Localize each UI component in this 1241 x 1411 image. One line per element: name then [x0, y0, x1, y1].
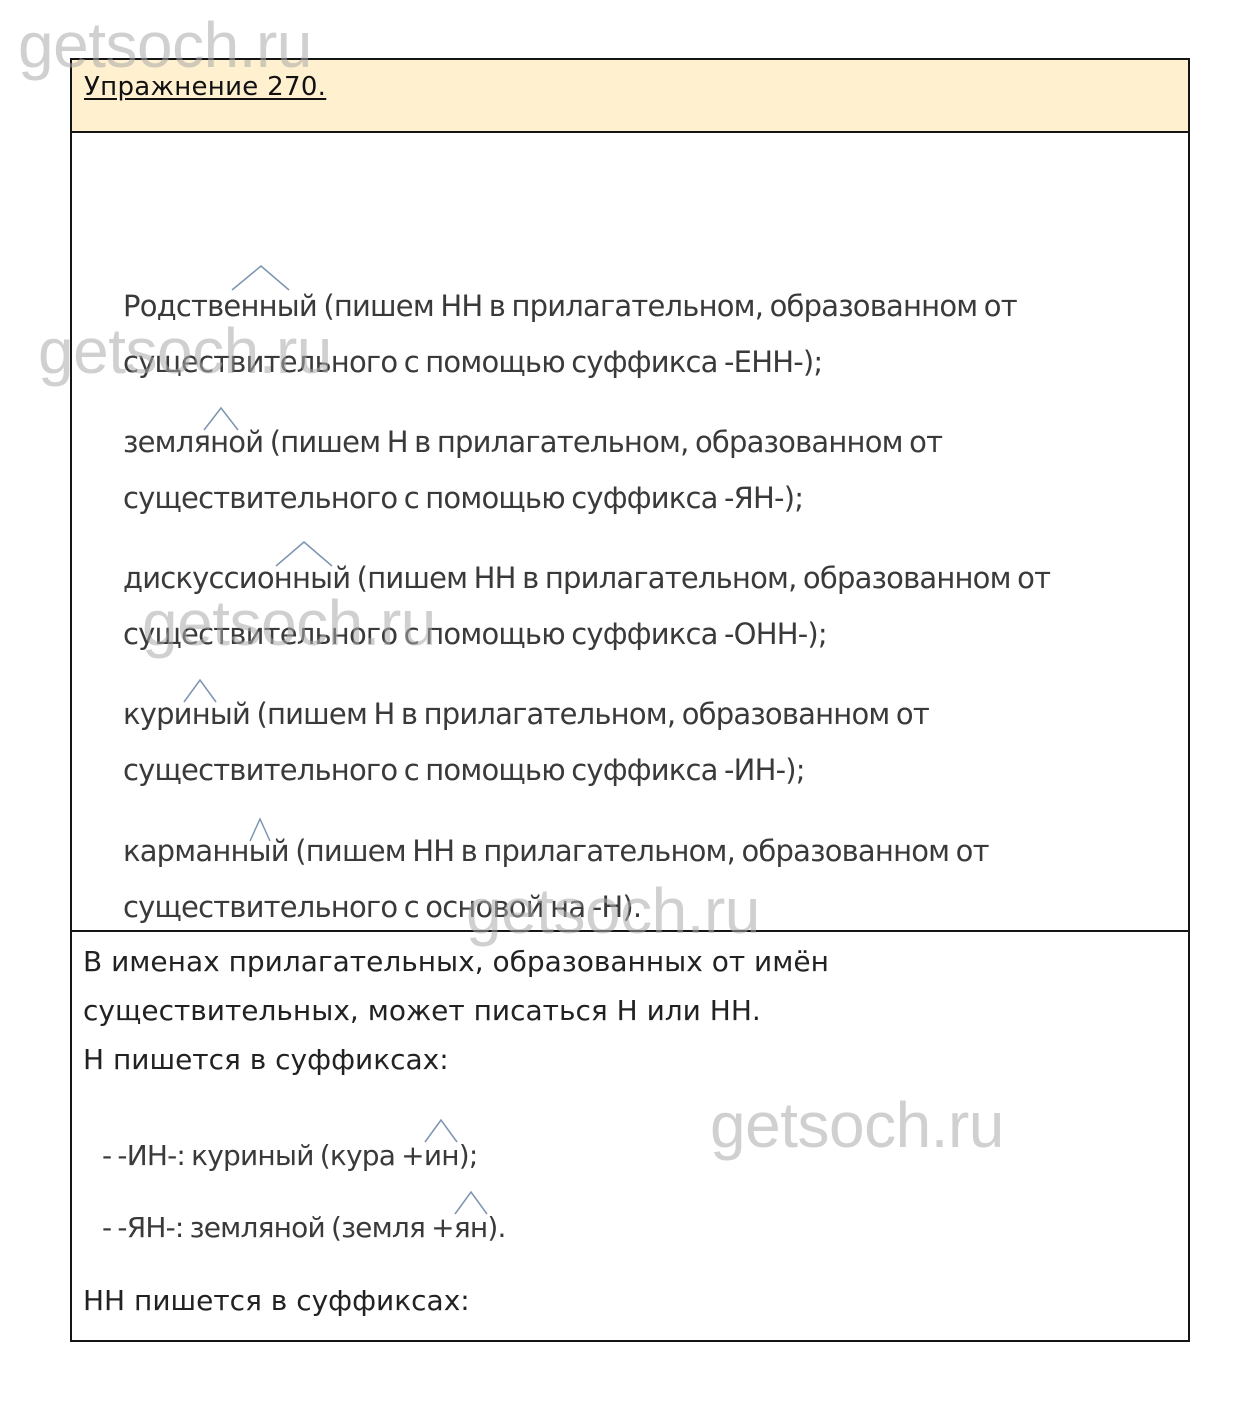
answer-item: Родственный (пишем НН в прилагательном, … — [123, 278, 1017, 390]
answer-word: Родственный — [123, 278, 317, 334]
n-heading: Н пишется в суффиксах: — [83, 1035, 1178, 1084]
answer-word: карманный — [123, 823, 289, 879]
nn-heading: НН пишется в суффиксах: — [83, 1276, 1178, 1325]
answer-section: Родственный (пишем НН в прилагательном, … — [72, 133, 1188, 932]
exercise-title[interactable]: Упражнение 270. — [84, 72, 326, 102]
answer-item: куриный (пишем Н в прилагательном, образ… — [123, 686, 929, 798]
answer-word: земляной — [123, 414, 263, 470]
n-example: - -ИН-: куриный (кура +ин); — [102, 1120, 506, 1192]
suffix-arc-icon — [231, 264, 291, 292]
exercise-header: Упражнение 270. — [72, 60, 1188, 133]
rule-intro-line1: В именах прилагательных, образованных от… — [83, 937, 1178, 986]
answer-item: карманный (пишем НН в прилагательном, об… — [123, 823, 989, 935]
n-examples-list: - -ИН-: куриный (кура +ин); - -ЯН-: земл… — [102, 1120, 506, 1264]
answer-word: дискуссионный — [123, 550, 350, 606]
exercise-card: Упражнение 270. Родственный (пишем НН в … — [70, 58, 1190, 1342]
n-example: - -ЯН-: земляной (земля +ян). — [102, 1192, 506, 1264]
answer-word: куриный — [123, 686, 250, 742]
answer-item: земляной (пишем Н в прилагательном, обра… — [123, 414, 942, 526]
answer-item: дискуссионный (пишем НН в прилагательном… — [123, 550, 1050, 662]
rule-intro-line2: существительных, может писаться Н или НН… — [83, 986, 1178, 1035]
rule-section: В именах прилагательных, образованных от… — [72, 932, 1188, 1340]
